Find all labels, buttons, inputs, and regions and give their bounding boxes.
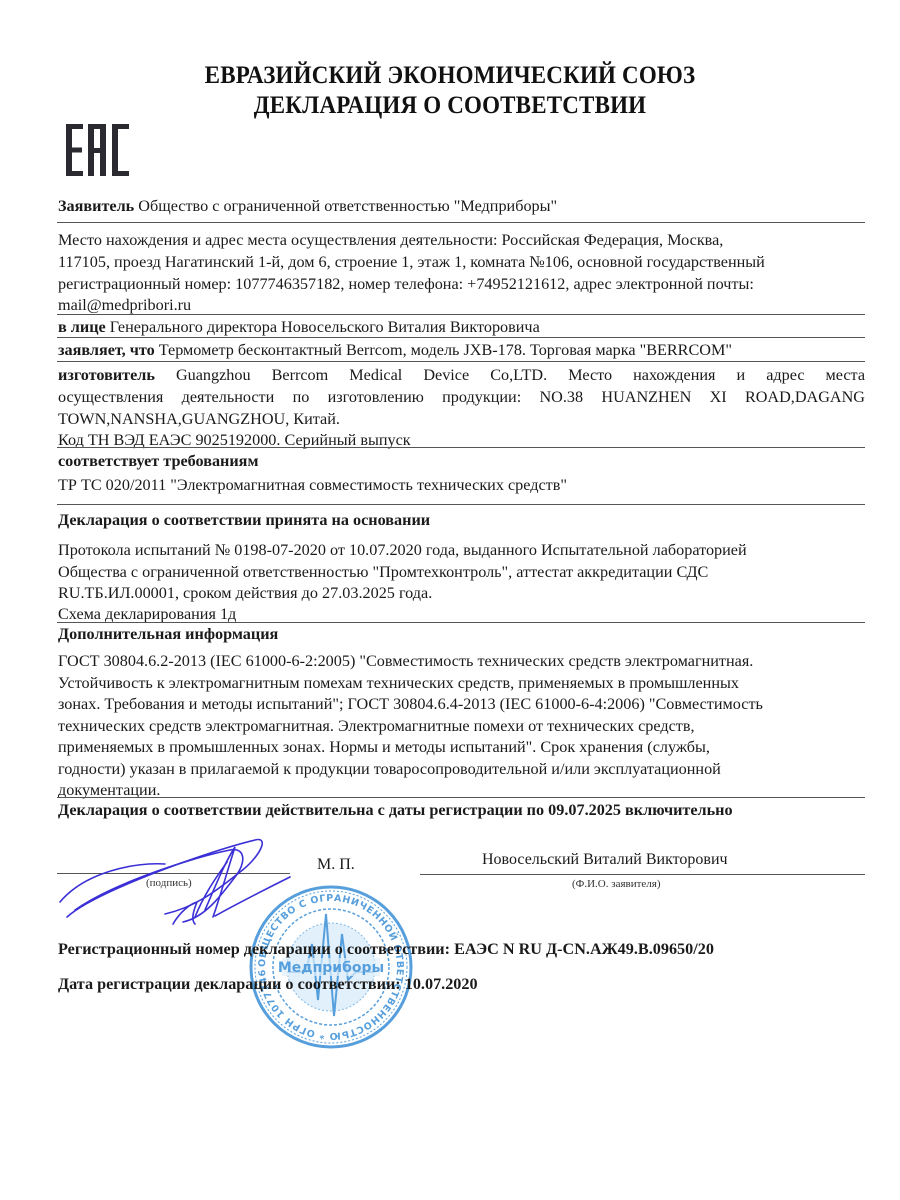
represented-by-value: Генерального директора Новосельского Вит… [106,318,540,336]
signer-caption: (Ф.И.О. заявителя) [572,878,661,890]
basis-line-1: Протокола испытаний № 0198-07-2020 от 10… [58,540,865,560]
address-line-2: 117105, проезд Нагатинский 1-й, дом 6, с… [58,252,865,272]
additional-info-label: Дополнительная информация [58,624,865,644]
manufacturer-value: Guangzhou Berrcom Medical Device Co,LTD.… [155,366,865,384]
basis-line-2: Общества с ограниченной ответственностью… [58,562,865,582]
divider [57,314,865,315]
address-email: mail@medpribori.ru [58,295,865,315]
validity-statement: Декларация о соответствии действительна … [58,800,865,820]
applicant-row: Заявитель Общество с ограниченной ответс… [58,196,865,216]
divider [57,622,865,623]
basis-label: Декларация о соответствии принята на осн… [58,510,865,530]
document-title-line1: ЕВРАЗИЙСКИЙ ЭКОНОМИЧЕСКИЙ СОЮЗ [36,62,864,90]
basis-line-3: RU.ТБ.ИЛ.00001, сроком действия до 27.03… [58,583,865,603]
declaration-scheme: Схема декларирования 1д [58,604,865,624]
divider [57,222,865,223]
divider [57,337,865,338]
divider [57,797,865,798]
represented-by-row: в лице Генерального директора Новосельск… [58,317,865,337]
handwritten-signature-icon [55,822,295,932]
additional-line-1: ГОСТ 30804.6.2-2013 (IEC 61000-6-2:2005)… [58,651,865,671]
requirements-value: ТР ТС 020/2011 "Электромагнитная совмест… [58,475,865,495]
name-line [420,874,865,875]
manufacturer-line-1: изготовитель Guangzhou Berrcom Medical D… [58,364,865,386]
applicant-value: Общество с ограниченной ответственностью… [134,197,557,215]
additional-line-3: зонах. Требования и методы испытаний"; Г… [58,694,865,714]
manufacturer-line-3: TOWN,NANSHA,GUANGZHOU, Китай. [58,409,865,429]
registration-number-value: ЕАЭС N RU Д-CN.АЖ49.В.09650/20 [454,940,714,958]
declares-value: Термометр бесконтактный Berrcom, модель … [155,341,732,359]
eac-logo-icon [66,124,130,176]
seal-label: М. П. [317,856,355,874]
applicant-label: Заявитель [58,197,134,215]
requirements-label: соответствует требованиям [58,451,865,471]
document-title-line2: ДЕКЛАРАЦИЯ О СООТВЕТСТВИИ [36,92,864,120]
manufacturer-label: изготовитель [58,366,155,384]
represented-by-label: в лице [58,318,106,336]
divider [57,447,865,448]
address-line-1: Место нахождения и адрес места осуществл… [58,230,865,250]
registration-number-row: Регистрационный номер декларации о соотв… [58,940,714,959]
additional-line-2: Устойчивость к электромагнитным помехам … [58,673,865,693]
address-line-3: регистрационный номер: 1077746357182, но… [58,274,865,294]
additional-line-4: технических средств электромагнитная. Эл… [58,716,865,736]
stamp-center-text: Медприборы [278,960,384,976]
divider [57,504,865,505]
divider [57,361,865,362]
signer-name: Новосельский Виталий Викторович [482,851,728,869]
manufacturer-line-2: осуществления деятельности по изготовлен… [58,386,865,408]
registration-date-label: Дата регистрации декларации о соответств… [58,975,405,993]
additional-line-5: применяемых в промышленных зонах. Нормы … [58,737,865,757]
declares-label: заявляет, что [58,341,155,359]
declares-row: заявляет, что Термометр бесконтактный Be… [58,340,865,360]
registration-date-row: Дата регистрации декларации о соответств… [58,975,478,994]
additional-line-6: годности) указан в прилагаемой к продукц… [58,759,865,779]
registration-number-label: Регистрационный номер декларации о соотв… [58,940,454,958]
registration-date-value: 10.07.2020 [405,975,478,993]
